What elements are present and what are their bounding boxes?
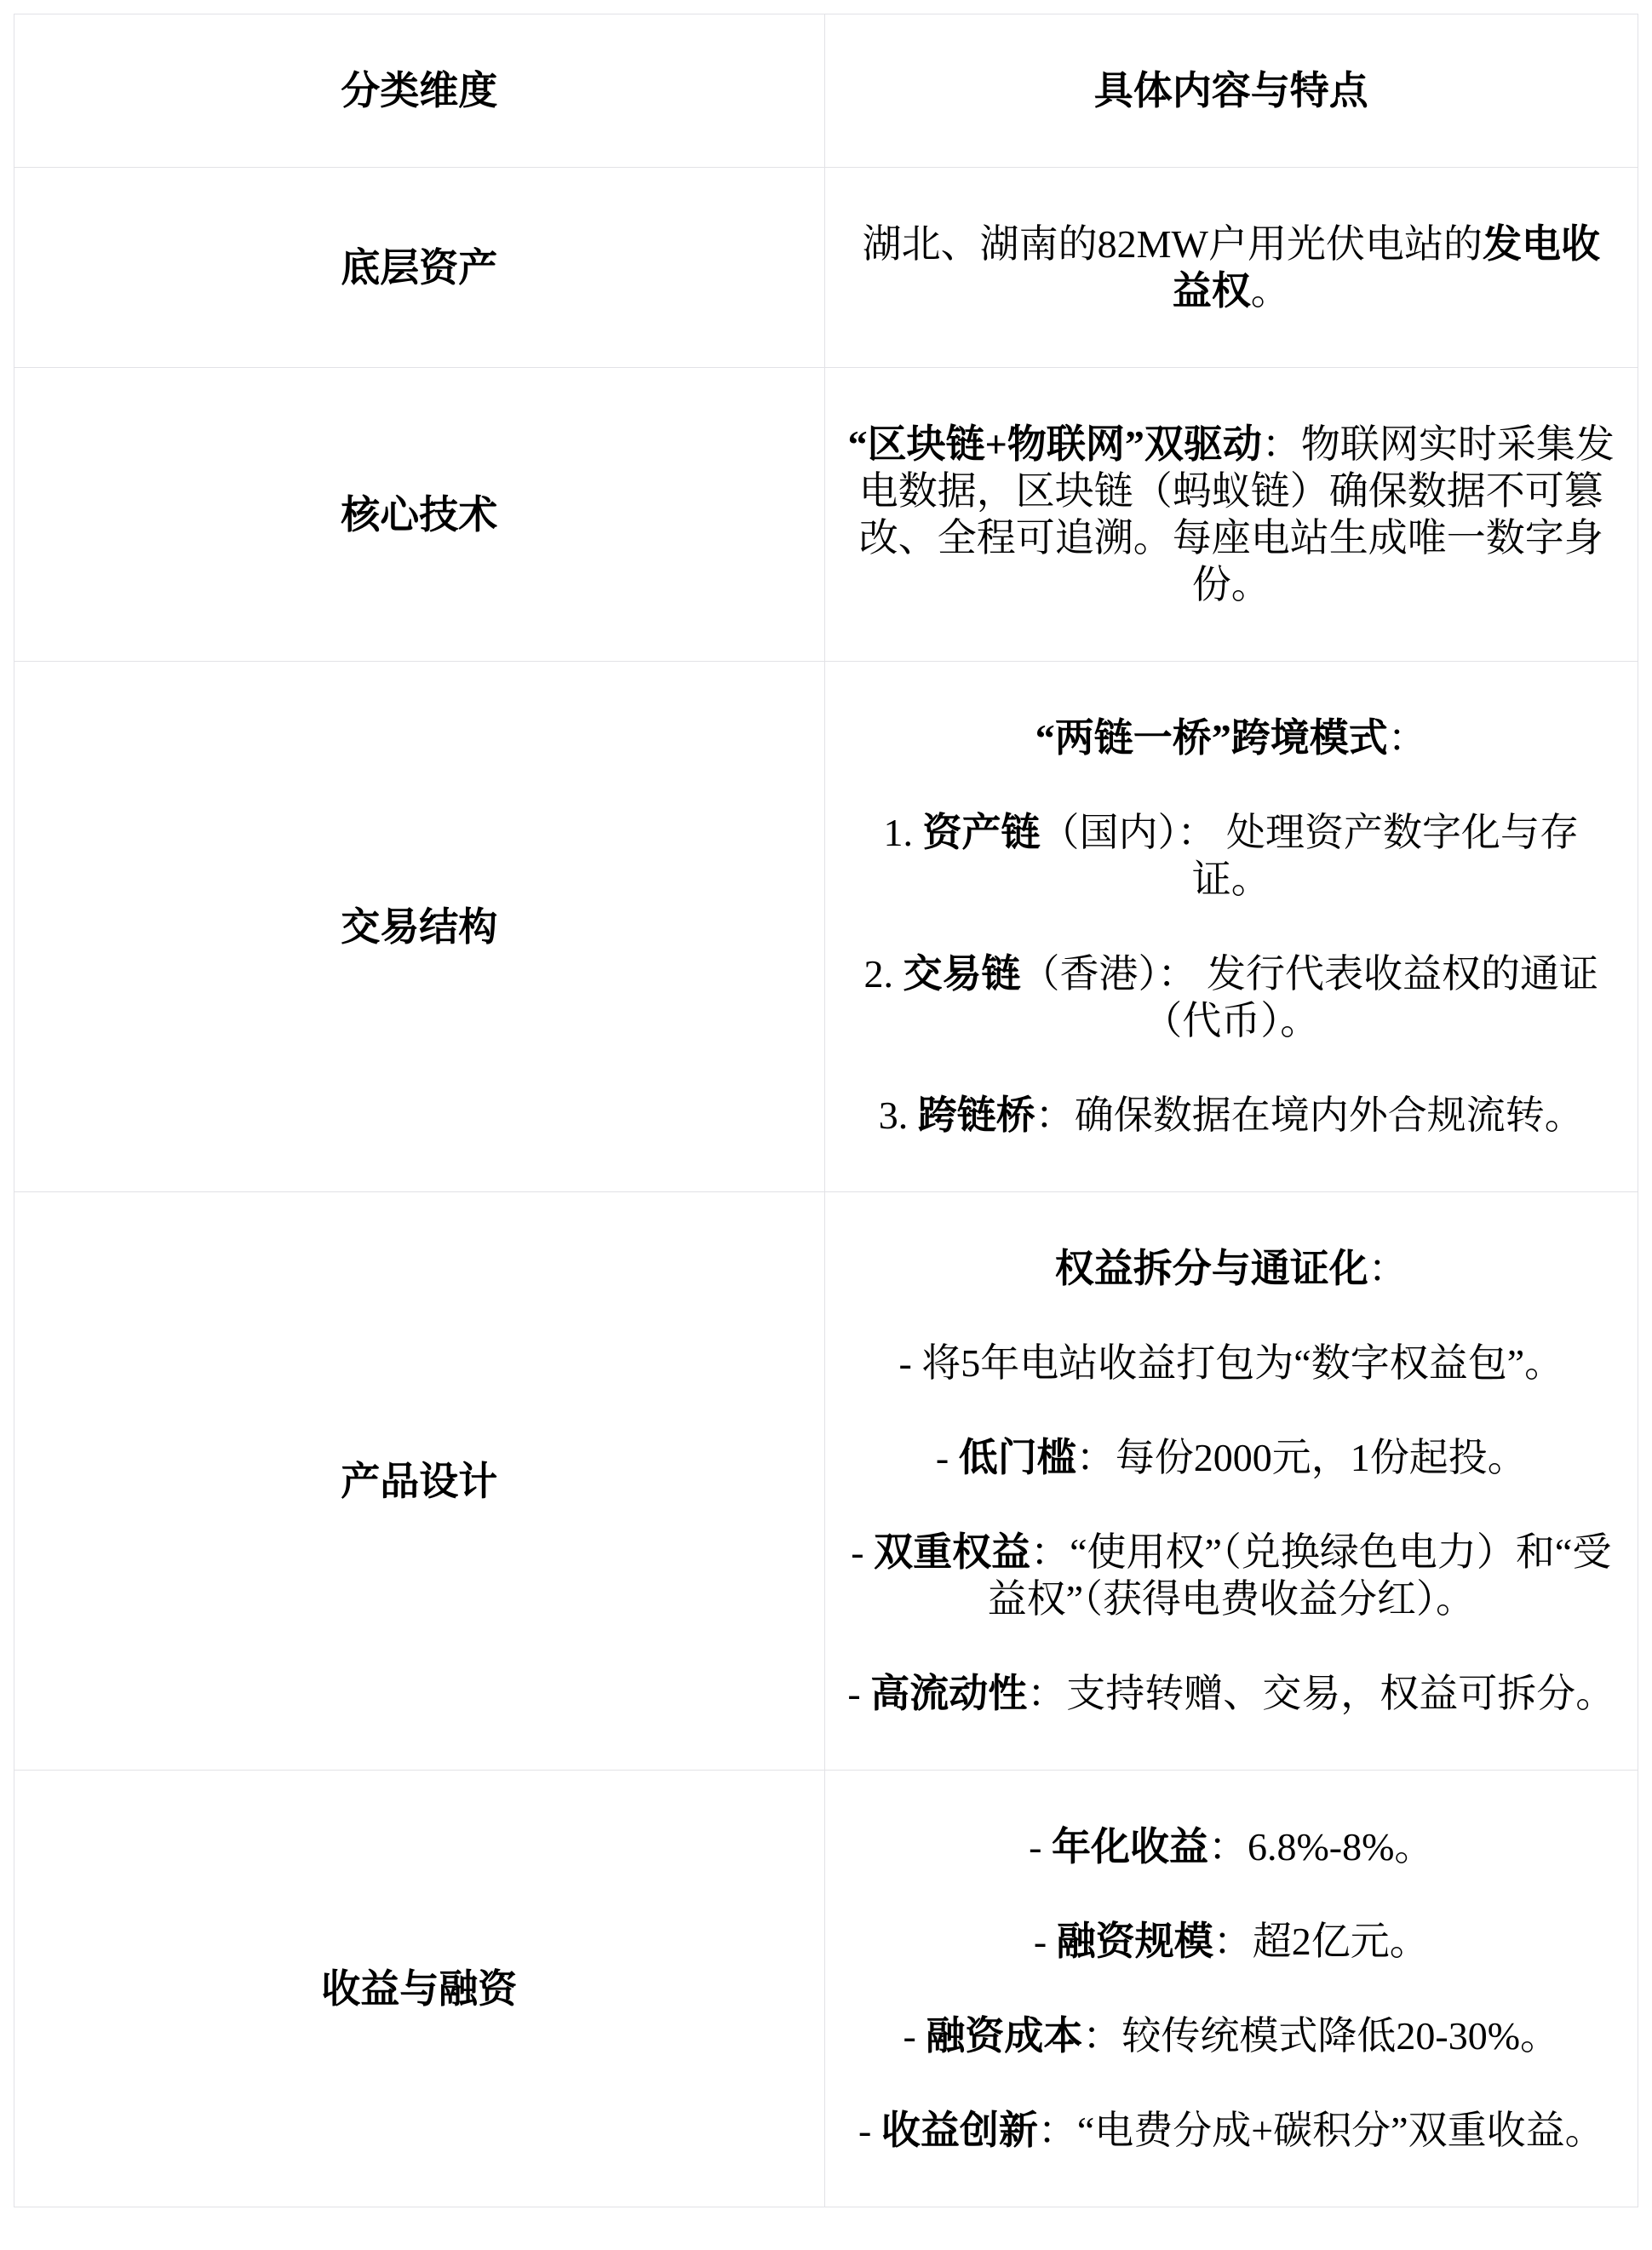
text: ：每份2000元，1份起投。 bbox=[1076, 1436, 1527, 1479]
table-row: 收益与融资- 年化收益：6.8%-8%。- 融资规模：超2亿元。- 融资成本：较… bbox=[14, 1771, 1638, 2207]
bold-text: 权益拆分与通证化 bbox=[1055, 1247, 1368, 1290]
header-cell-dimension: 分类维度 bbox=[14, 14, 825, 168]
content-paragraph: - 融资规模：超2亿元。 bbox=[846, 1918, 1617, 1965]
content-paragraph: 权益拆分与通证化： bbox=[846, 1245, 1617, 1292]
content-paragraph: - 融资成本：较传统模式降低20-30%。 bbox=[846, 2012, 1617, 2059]
text: 1. bbox=[884, 811, 923, 854]
row-label-cell: 产品设计 bbox=[14, 1192, 825, 1771]
content-paragraph: - 将5年电站收益打包为“数字权益包”。 bbox=[846, 1340, 1617, 1386]
content-paragraph: “区块链+物联网”双驱动：物联网实时采集发电数据，区块链（蚂蚁链）确保数据不可篡… bbox=[846, 421, 1617, 608]
content-paragraph: “两链一桥”跨境模式： bbox=[846, 715, 1617, 761]
table-row: 底层资产湖北、湖南的82MW户用光伏电站的发电收益权。 bbox=[14, 168, 1638, 368]
row-content-cell: “两链一桥”跨境模式：1. 资产链（国内）： 处理资产数字化与存证。2. 交易链… bbox=[824, 662, 1638, 1192]
bold-text: 年化收益 bbox=[1052, 1825, 1208, 1868]
bold-text: 交易链 bbox=[903, 952, 1021, 996]
bold-text: 资产链 bbox=[923, 811, 1041, 854]
row-label: 产品设计 bbox=[341, 1460, 497, 1503]
bold-text: 高流动性 bbox=[870, 1672, 1027, 1715]
row-label-cell: 收益与融资 bbox=[14, 1771, 825, 2207]
row-content-cell: 权益拆分与通证化：- 将5年电站收益打包为“数字权益包”。- 低门槛：每份200… bbox=[824, 1192, 1638, 1771]
text: ：超2亿元。 bbox=[1213, 1920, 1429, 1963]
text: ：支持转赠、交易，权益可拆分。 bbox=[1027, 1672, 1615, 1715]
row-content-cell: “区块链+物联网”双驱动：物联网实时采集发电数据，区块链（蚂蚁链）确保数据不可篡… bbox=[824, 368, 1638, 662]
content-paragraph: - 年化收益：6.8%-8%。 bbox=[846, 1823, 1617, 1870]
text: - 将5年电站收益打包为“数字权益包”。 bbox=[898, 1341, 1563, 1385]
text: - bbox=[936, 1436, 959, 1479]
bold-text: 低门槛 bbox=[959, 1436, 1076, 1479]
bold-text: 融资规模 bbox=[1057, 1920, 1213, 1963]
text: 湖北、湖南的82MW户用光伏电站的 bbox=[863, 222, 1483, 266]
bold-text: 双重权益 bbox=[874, 1530, 1030, 1574]
row-label-cell: 底层资产 bbox=[14, 168, 825, 368]
info-table: 分类维度 具体内容与特点 底层资产湖北、湖南的82MW户用光伏电站的发电收益权。… bbox=[14, 14, 1638, 2207]
text: ：“使用权”（兑换绿色电力）和“受益权”（获得电费收益分红）。 bbox=[988, 1530, 1612, 1621]
text: ：确保数据在境内外合规流转。 bbox=[1035, 1093, 1584, 1137]
text: 2. bbox=[864, 952, 903, 996]
bold-text: 跨链桥 bbox=[918, 1093, 1035, 1137]
row-label: 交易结构 bbox=[341, 905, 497, 949]
row-label-cell: 核心技术 bbox=[14, 368, 825, 662]
bold-text: “两链一桥”跨境模式 bbox=[1035, 716, 1388, 760]
row-content-cell: 湖北、湖南的82MW户用光伏电站的发电收益权。 bbox=[824, 168, 1638, 368]
text: - bbox=[851, 1530, 874, 1574]
table-body: 底层资产湖北、湖南的82MW户用光伏电站的发电收益权。核心技术“区块链+物联网”… bbox=[14, 168, 1638, 2207]
bold-text: “区块链+物联网”双驱动 bbox=[848, 422, 1262, 466]
content-paragraph: - 双重权益：“使用权”（兑换绿色电力）和“受益权”（获得电费收益分红）。 bbox=[846, 1529, 1617, 1622]
content-paragraph: 3. 跨链桥：确保数据在境内外合规流转。 bbox=[846, 1092, 1617, 1139]
row-label: 底层资产 bbox=[341, 246, 497, 290]
row-label-cell: 交易结构 bbox=[14, 662, 825, 1192]
row-label: 核心技术 bbox=[341, 493, 497, 537]
bold-text: 收益创新 bbox=[881, 2109, 1038, 2152]
content-paragraph: 1. 资产链（国内）： 处理资产数字化与存证。 bbox=[846, 809, 1617, 903]
text: ： bbox=[1368, 1247, 1408, 1290]
text: - bbox=[858, 2109, 881, 2152]
table-row: 产品设计权益拆分与通证化：- 将5年电站收益打包为“数字权益包”。- 低门槛：每… bbox=[14, 1192, 1638, 1771]
text: - bbox=[1029, 1825, 1052, 1868]
table-row: 交易结构“两链一桥”跨境模式：1. 资产链（国内）： 处理资产数字化与存证。2.… bbox=[14, 662, 1638, 1192]
text: ：较传统模式降低20-30%。 bbox=[1082, 2014, 1559, 2058]
content-paragraph: 湖北、湖南的82MW户用光伏电站的发电收益权。 bbox=[846, 221, 1617, 314]
content-paragraph: 2. 交易链（香港）： 发行代表收益权的通证（代币）。 bbox=[846, 950, 1617, 1044]
text: ： bbox=[1388, 716, 1427, 760]
content-paragraph: - 低门槛：每份2000元，1份起投。 bbox=[846, 1434, 1617, 1481]
text: - bbox=[1034, 1920, 1057, 1963]
bold-text: 融资成本 bbox=[926, 2014, 1082, 2058]
text: 3. bbox=[879, 1093, 918, 1137]
text: （国内）： 处理资产数字化与存证。 bbox=[1041, 811, 1580, 901]
row-label: 收益与融资 bbox=[321, 1967, 517, 2011]
row-content-cell: - 年化收益：6.8%-8%。- 融资规模：超2亿元。- 融资成本：较传统模式降… bbox=[824, 1771, 1638, 2207]
text: 。 bbox=[1251, 269, 1290, 313]
header-row: 分类维度 具体内容与特点 bbox=[14, 14, 1638, 168]
header-cell-content: 具体内容与特点 bbox=[824, 14, 1638, 168]
text: ：“电费分成+碳积分”双重收益。 bbox=[1038, 2109, 1604, 2152]
text: （香港）： 发行代表收益权的通证（代币）。 bbox=[1021, 952, 1599, 1042]
text: ：6.8%-8%。 bbox=[1208, 1825, 1433, 1868]
text: - bbox=[903, 2014, 926, 2058]
content-paragraph: - 高流动性：支持转赠、交易，权益可拆分。 bbox=[846, 1670, 1617, 1717]
content-paragraph: - 收益创新：“电费分成+碳积分”双重收益。 bbox=[846, 2107, 1617, 2154]
table-row: 核心技术“区块链+物联网”双驱动：物联网实时采集发电数据，区块链（蚂蚁链）确保数… bbox=[14, 368, 1638, 662]
text: - bbox=[847, 1672, 870, 1715]
